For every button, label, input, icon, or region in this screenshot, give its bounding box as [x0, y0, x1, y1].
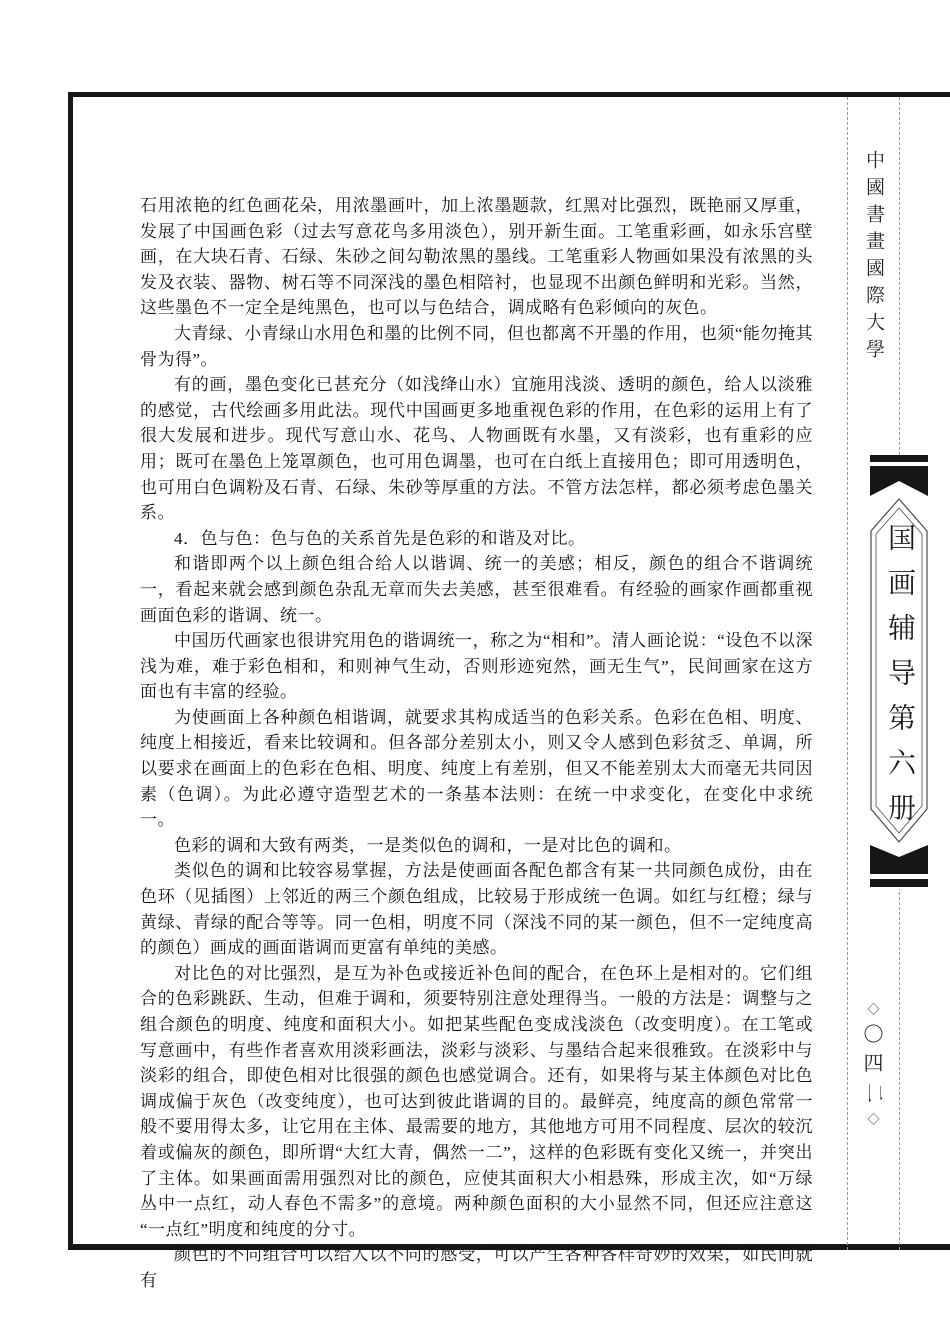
body-paragraph: 色彩的调和大致有两类，一是类似色的调和，一是对比色的调和。 — [140, 833, 813, 859]
body-paragraph: 类似色的调和比较容易掌握，方法是使画面各配色都含有某一共同颜色成份，由在色环（见… — [140, 858, 813, 960]
page-number-digit: 〇 — [864, 1023, 884, 1047]
body-paragraph: 石用浓艳的红色画花朵，用浓墨画叶，加上浓墨题款，红黑对比强烈，既艳丽又厚重，发展… — [140, 193, 813, 321]
main-text-block: 石用浓艳的红色画花朵，用浓墨画叶，加上浓墨题款，红黑对比强烈，既艳丽又厚重，发展… — [140, 193, 813, 1294]
body-paragraph: 和谐即两个以上颜色组合给人以谐调、统一的美感；相反，颜色的组合不谐调统一，看起来… — [140, 551, 813, 628]
university-name-text: 中國書畫國際大學 — [860, 150, 887, 366]
page-number-digit: 四 — [864, 1052, 884, 1076]
diamond-icon: ◇ — [867, 1000, 879, 1018]
body-paragraph: 为使画面上各种颜色相谐调，就要求其构成适当的色彩关系。色彩在色相、明度、纯度上相… — [140, 705, 813, 833]
volume-title-cartouche: 国画辅导第六册 — [869, 455, 929, 889]
body-paragraph: 对比色的对比强烈，是互为补色或接近补色间的配合，在色环上是相对的。它们组合的色彩… — [140, 961, 813, 1243]
ribbon-bar-top — [870, 455, 928, 462]
body-paragraph: 大青绿、小青绿山水用色和墨的比例不同，但也都离不开墨的作用，也须“能勿掩其骨为得… — [140, 321, 813, 372]
body-paragraph: 中国历代画家也很讲究用色的谐调统一，称之为“相和”。清人画论说：“设色不以深浅为… — [140, 628, 813, 705]
body-paragraph-section-heading: 4．色与色：色与色的关系首先是色彩的和谐及对比。 — [140, 526, 813, 552]
page-number-digit: 二 — [862, 1083, 886, 1103]
ribbon-banner-top-icon — [870, 466, 928, 496]
diamond-icon: ◇ — [867, 1110, 879, 1128]
ribbon-bar-bottom — [870, 879, 928, 887]
body-paragraph: 颜色的不同组合可以给人以不同的感受，可以产生各种各样奇妙的效果，如民间就有 — [140, 1242, 813, 1293]
volume-title-vertical: 国画辅导第六册 — [869, 523, 929, 847]
volume-title-text: 国画辅导第六册 — [879, 523, 919, 838]
page-number-column: ◇ 〇 四 二 ◇ — [847, 1000, 900, 1128]
ribbon-banner-bottom-icon — [870, 845, 928, 874]
university-name-vertical: 中國書畫國際大學 — [847, 150, 900, 366]
body-paragraph: 有的画，墨色变化已甚充分（如浅绛山水）宜施用浅淡、透明的颜色，给人以淡雅的感觉，… — [140, 372, 813, 526]
book-page: { "page": { "main_text": { "paragraphs":… — [0, 0, 950, 1344]
